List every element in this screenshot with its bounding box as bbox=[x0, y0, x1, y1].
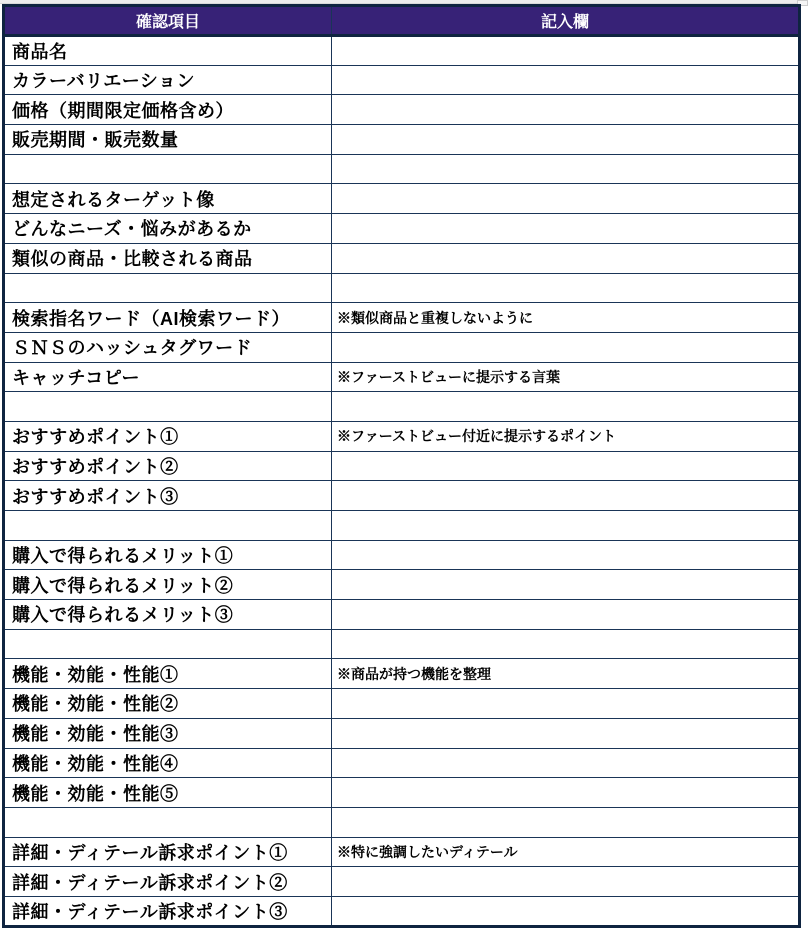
entry-note: ※類似商品と重複しないように bbox=[337, 310, 533, 326]
item-label: 購入で得られるメリット② bbox=[12, 576, 233, 596]
entry-note: ※ファーストビューに提示する言葉 bbox=[337, 369, 560, 385]
table-row: 購入で得られるメリット② bbox=[4, 570, 800, 600]
entry-cell[interactable] bbox=[332, 154, 800, 184]
entry-cell[interactable] bbox=[332, 332, 800, 362]
table-row bbox=[4, 154, 800, 184]
item-label: 商品名 bbox=[12, 42, 68, 62]
item-label-cell: おすすめポイント③ bbox=[4, 481, 332, 511]
entry-cell[interactable] bbox=[332, 125, 800, 155]
table-row: どんなニーズ・悩みがあるか bbox=[4, 214, 800, 244]
table-row: 類似の商品・比較される商品 bbox=[4, 243, 800, 273]
item-label: 購入で得られるメリット① bbox=[12, 546, 233, 566]
table-row: ＳＮＳのハッシュタグワード bbox=[4, 332, 800, 362]
entry-cell[interactable] bbox=[332, 36, 800, 66]
item-label-cell bbox=[4, 273, 332, 303]
entry-cell[interactable] bbox=[332, 273, 800, 303]
table-row: キャッチコピー ※ファーストビューに提示する言葉 bbox=[4, 362, 800, 392]
item-label-cell: 検索指名ワード（AI検索ワード） bbox=[4, 303, 332, 333]
item-label-cell: 想定されるターゲット像 bbox=[4, 184, 332, 214]
item-label: おすすめポイント③ bbox=[12, 487, 179, 507]
table-row: 販売期間・販売数量 bbox=[4, 125, 800, 155]
item-label-cell: 価格（期間限定価格含め） bbox=[4, 95, 332, 125]
item-label-cell bbox=[4, 629, 332, 659]
item-label: 機能・効能・性能④ bbox=[12, 754, 179, 774]
entry-cell[interactable] bbox=[332, 807, 800, 837]
table-body: 商品名 カラーバリエーション 価格（期間限定価格含め） 販売期間・販売数量 bbox=[4, 36, 800, 927]
entry-cell[interactable] bbox=[332, 600, 800, 630]
table-row: おすすめポイント① ※ファーストビュー付近に提示するポイント bbox=[4, 421, 800, 451]
item-label-cell: 機能・効能・性能① bbox=[4, 659, 332, 689]
item-label: 機能・効能・性能① bbox=[12, 665, 179, 685]
item-label-cell: 購入で得られるメリット① bbox=[4, 540, 332, 570]
header-row: 確認項目 記入欄 bbox=[4, 6, 800, 36]
entry-cell[interactable] bbox=[332, 629, 800, 659]
entry-cell[interactable] bbox=[332, 392, 800, 422]
entry-note: ※商品が持つ機能を整理 bbox=[337, 666, 491, 682]
entry-cell[interactable] bbox=[332, 214, 800, 244]
item-label-cell: 詳細・ディテール訴求ポイント② bbox=[4, 867, 332, 897]
table-row: 商品名 bbox=[4, 36, 800, 66]
table-row: 詳細・ディテール訴求ポイント③ bbox=[4, 896, 800, 926]
item-label: 想定されるターゲット像 bbox=[12, 190, 215, 210]
entry-cell[interactable] bbox=[332, 689, 800, 719]
entry-cell[interactable] bbox=[332, 451, 800, 481]
table-row bbox=[4, 273, 800, 303]
entry-cell[interactable] bbox=[332, 718, 800, 748]
entry-note: ※特に強調したいディテール bbox=[337, 844, 518, 860]
entry-cell[interactable] bbox=[332, 896, 800, 926]
table-row: 機能・効能・性能③ bbox=[4, 718, 800, 748]
item-label-cell bbox=[4, 511, 332, 541]
entry-cell[interactable]: ※商品が持つ機能を整理 bbox=[332, 659, 800, 689]
table-row bbox=[4, 807, 800, 837]
table-row: 機能・効能・性能② bbox=[4, 689, 800, 719]
entry-cell[interactable]: ※特に強調したいディテール bbox=[332, 837, 800, 867]
item-label: 検索指名ワード（AI検索ワード） bbox=[12, 309, 290, 329]
entry-cell[interactable] bbox=[332, 540, 800, 570]
item-label: 販売期間・販売数量 bbox=[12, 130, 179, 150]
entry-cell[interactable] bbox=[332, 184, 800, 214]
entry-cell[interactable]: ※ファーストビュー付近に提示するポイント bbox=[332, 421, 800, 451]
item-label: 機能・効能・性能② bbox=[12, 694, 179, 714]
item-label: 詳細・ディテール訴求ポイント③ bbox=[12, 902, 288, 922]
table-row bbox=[4, 511, 800, 541]
item-label: おすすめポイント② bbox=[12, 457, 179, 477]
item-label: おすすめポイント① bbox=[12, 427, 179, 447]
item-label: 購入で得られるメリット③ bbox=[12, 605, 233, 625]
item-label-cell: 販売期間・販売数量 bbox=[4, 125, 332, 155]
item-label-cell bbox=[4, 807, 332, 837]
item-label-cell: 機能・効能・性能③ bbox=[4, 718, 332, 748]
table-row: カラーバリエーション bbox=[4, 65, 800, 95]
item-label: ＳＮＳのハッシュタグワード bbox=[12, 338, 252, 358]
item-label-cell: 機能・効能・性能⑤ bbox=[4, 778, 332, 808]
item-label-cell: 購入で得られるメリット② bbox=[4, 570, 332, 600]
item-label-cell: カラーバリエーション bbox=[4, 65, 332, 95]
item-label-cell: キャッチコピー bbox=[4, 362, 332, 392]
table-row: おすすめポイント② bbox=[4, 451, 800, 481]
entry-cell[interactable] bbox=[332, 481, 800, 511]
entry-cell[interactable] bbox=[332, 65, 800, 95]
table-row: おすすめポイント③ bbox=[4, 481, 800, 511]
entry-cell[interactable]: ※類似商品と重複しないように bbox=[332, 303, 800, 333]
entry-cell[interactable] bbox=[332, 867, 800, 897]
entry-cell[interactable] bbox=[332, 243, 800, 273]
item-label: キャッチコピー bbox=[12, 368, 140, 388]
item-label-cell: おすすめポイント① bbox=[4, 421, 332, 451]
item-label-cell: どんなニーズ・悩みがあるか bbox=[4, 214, 332, 244]
item-label-cell: 類似の商品・比較される商品 bbox=[4, 243, 332, 273]
item-label-cell bbox=[4, 392, 332, 422]
item-label-cell bbox=[4, 154, 332, 184]
entry-cell[interactable] bbox=[332, 95, 800, 125]
table-row: 想定されるターゲット像 bbox=[4, 184, 800, 214]
entry-cell[interactable] bbox=[332, 570, 800, 600]
item-label-cell: 機能・効能・性能④ bbox=[4, 748, 332, 778]
table-row: 検索指名ワード（AI検索ワード） ※類似商品と重複しないように bbox=[4, 303, 800, 333]
entry-cell[interactable] bbox=[332, 748, 800, 778]
header-cell-item-column: 確認項目 bbox=[4, 6, 332, 36]
header-cell-entry-column: 記入欄 bbox=[332, 6, 800, 36]
item-label: 機能・効能・性能⑤ bbox=[12, 784, 179, 804]
item-label-cell: 詳細・ディテール訴求ポイント① bbox=[4, 837, 332, 867]
item-label-cell: ＳＮＳのハッシュタグワード bbox=[4, 332, 332, 362]
item-label-cell: 詳細・ディテール訴求ポイント③ bbox=[4, 896, 332, 926]
item-label: 詳細・ディテール訴求ポイント② bbox=[12, 873, 288, 893]
checklist-table: 確認項目 記入欄 商品名 カラーバリエーション 価格（期間限定価格含め） 販売期… bbox=[2, 4, 801, 928]
spreadsheet-view: 確認項目 記入欄 商品名 カラーバリエーション 価格（期間限定価格含め） 販売期… bbox=[0, 0, 808, 933]
item-label: 類似の商品・比較される商品 bbox=[12, 249, 253, 269]
entry-cell[interactable] bbox=[332, 511, 800, 541]
item-label: 機能・効能・性能③ bbox=[12, 724, 179, 744]
item-label-cell: 購入で得られるメリット③ bbox=[4, 600, 332, 630]
table-row: 機能・効能・性能① ※商品が持つ機能を整理 bbox=[4, 659, 800, 689]
table-row: 機能・効能・性能⑤ bbox=[4, 778, 800, 808]
table-row: 価格（期間限定価格含め） bbox=[4, 95, 800, 125]
item-label: 詳細・ディテール訴求ポイント① bbox=[12, 843, 288, 863]
item-label: どんなニーズ・悩みがあるか bbox=[12, 219, 252, 239]
table-row bbox=[4, 392, 800, 422]
item-label: 価格（期間限定価格含め） bbox=[12, 101, 234, 121]
entry-cell[interactable]: ※ファーストビューに提示する言葉 bbox=[332, 362, 800, 392]
table-row: 購入で得られるメリット③ bbox=[4, 600, 800, 630]
item-label-cell: おすすめポイント② bbox=[4, 451, 332, 481]
table-row: 詳細・ディテール訴求ポイント② bbox=[4, 867, 800, 897]
entry-note: ※ファーストビュー付近に提示するポイント bbox=[337, 428, 616, 444]
item-label-cell: 機能・効能・性能② bbox=[4, 689, 332, 719]
table-row bbox=[4, 629, 800, 659]
table-row: 機能・効能・性能④ bbox=[4, 748, 800, 778]
item-label-cell: 商品名 bbox=[4, 36, 332, 66]
table-row: 購入で得られるメリット① bbox=[4, 540, 800, 570]
item-label: カラーバリエーション bbox=[12, 71, 195, 91]
entry-cell[interactable] bbox=[332, 778, 800, 808]
table-row: 詳細・ディテール訴求ポイント① ※特に強調したいディテール bbox=[4, 837, 800, 867]
